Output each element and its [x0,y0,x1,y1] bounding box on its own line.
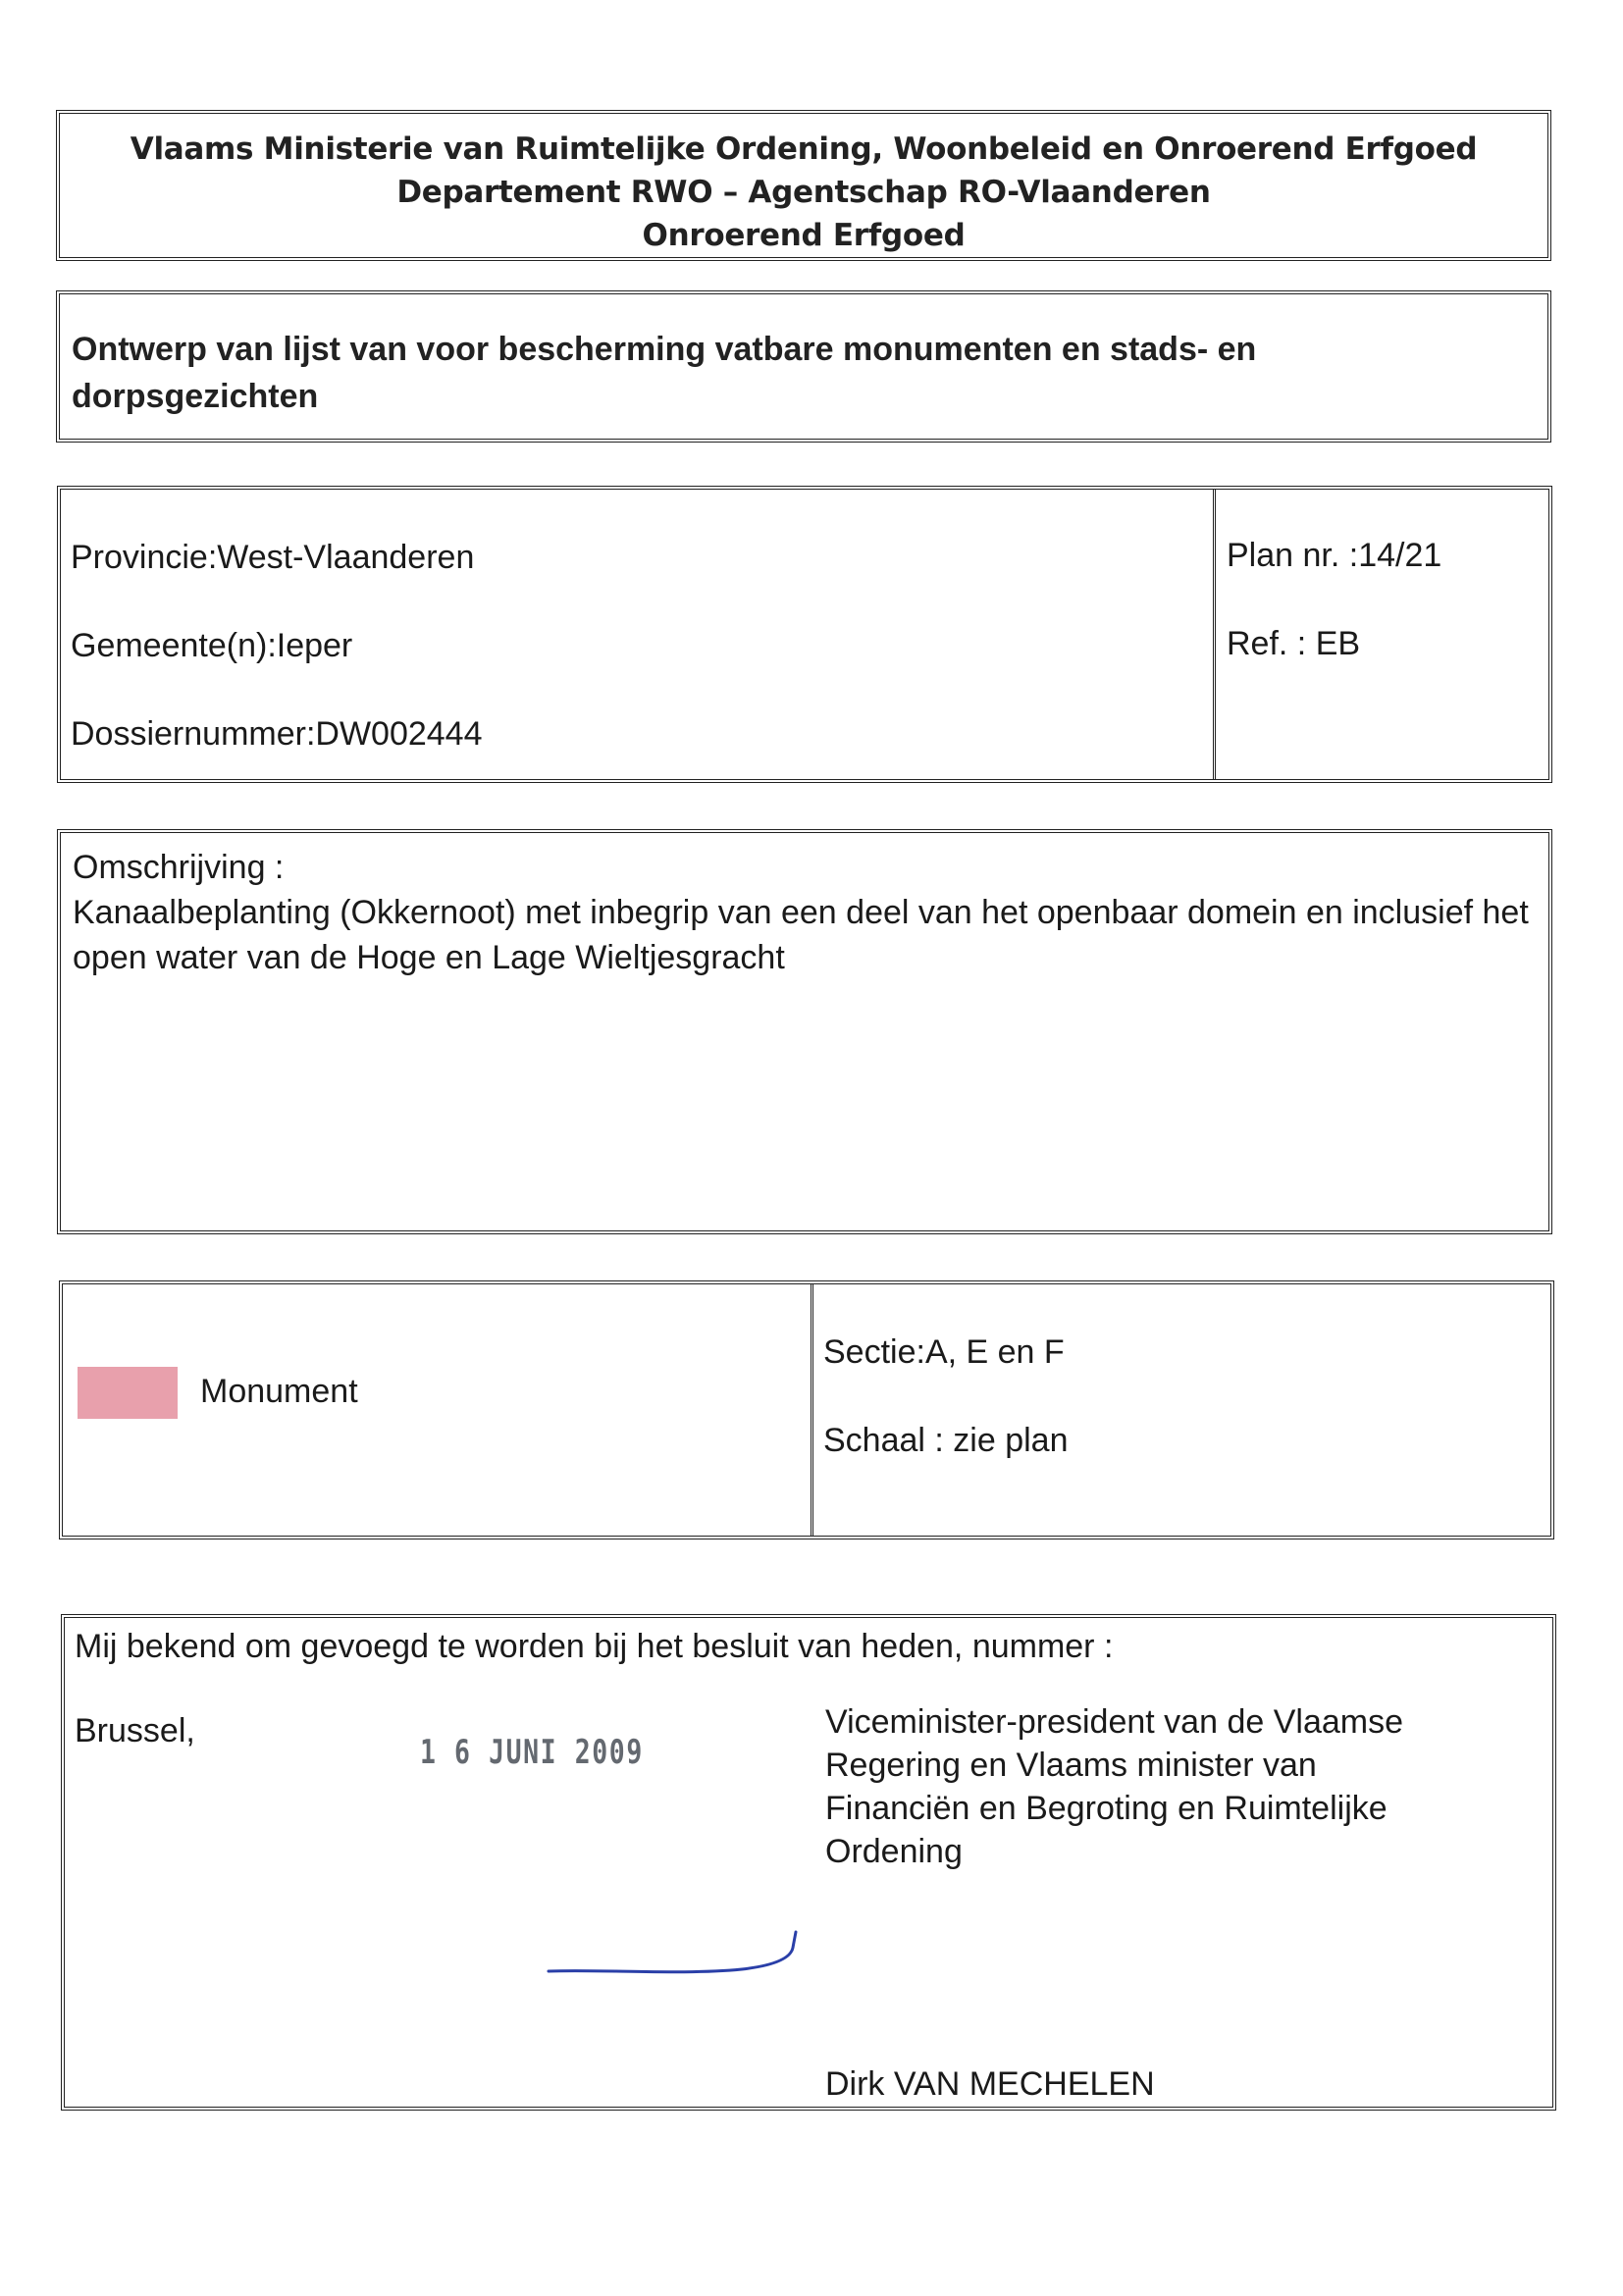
dossiernummer-field: Dossiernummer:DW002444 [71,715,483,754]
description-text: Kanaalbeplanting (Okkernoot) met inbegri… [73,890,1529,980]
minister-title-line: Regering en Vlaams minister van [825,1744,1403,1787]
sectie-field: Sectie:A, E en F [823,1333,1065,1372]
legend-box: Monument Sectie:A, E en F Schaal : zie p… [59,1280,1554,1539]
schaal-field: Schaal : zie plan [823,1422,1069,1460]
agency-name: Onroerend Erfgoed [60,214,1547,257]
minister-title: Viceminister-president van de Vlaamse Re… [825,1700,1403,1873]
header-box: Vlaams Ministerie van Ruimtelijke Ordeni… [56,110,1551,261]
signature [546,1930,801,1989]
minister-title-line: Ordening [825,1830,1403,1873]
title-box: Ontwerp van lijst van voor bescherming v… [56,290,1551,443]
minister-title-line: Financiën en Begroting en Ruimtelijke [825,1787,1403,1830]
monument-color-swatch [78,1367,178,1419]
approval-box: Mij bekend om gevoegd te worden bij het … [61,1614,1556,2111]
info-divider [1213,490,1216,779]
approval-statement: Mij bekend om gevoegd te worden bij het … [75,1628,1113,1666]
provincie-field: Provincie:West-Vlaanderen [71,539,474,577]
signatory-name: Dirk VAN MECHELEN [825,2065,1155,2104]
legend-label-monument: Monument [200,1373,358,1411]
legend-divider [811,1284,813,1536]
description-box: Omschrijving : Kanaalbeplanting (Okkerno… [57,829,1552,1234]
description-label: Omschrijving : [73,845,1529,890]
document-title: Ontwerp van lijst van voor bescherming v… [72,326,1489,420]
gemeente-field: Gemeente(n):Ieper [71,627,352,665]
date-stamp: 1 6 JUNI 2009 [420,1733,644,1772]
ref-field: Ref. : EB [1227,625,1360,663]
department-name: Departement RWO – Agentschap RO-Vlaander… [60,171,1547,214]
minister-title-line: Viceminister-president van de Vlaamse [825,1700,1403,1744]
info-box: Provincie:West-Vlaanderen Gemeente(n):Ie… [57,486,1552,783]
plan-nr-field: Plan nr. :14/21 [1227,537,1441,575]
ministry-name: Vlaams Ministerie van Ruimtelijke Ordeni… [60,128,1547,171]
place-label: Brussel, [75,1712,195,1750]
